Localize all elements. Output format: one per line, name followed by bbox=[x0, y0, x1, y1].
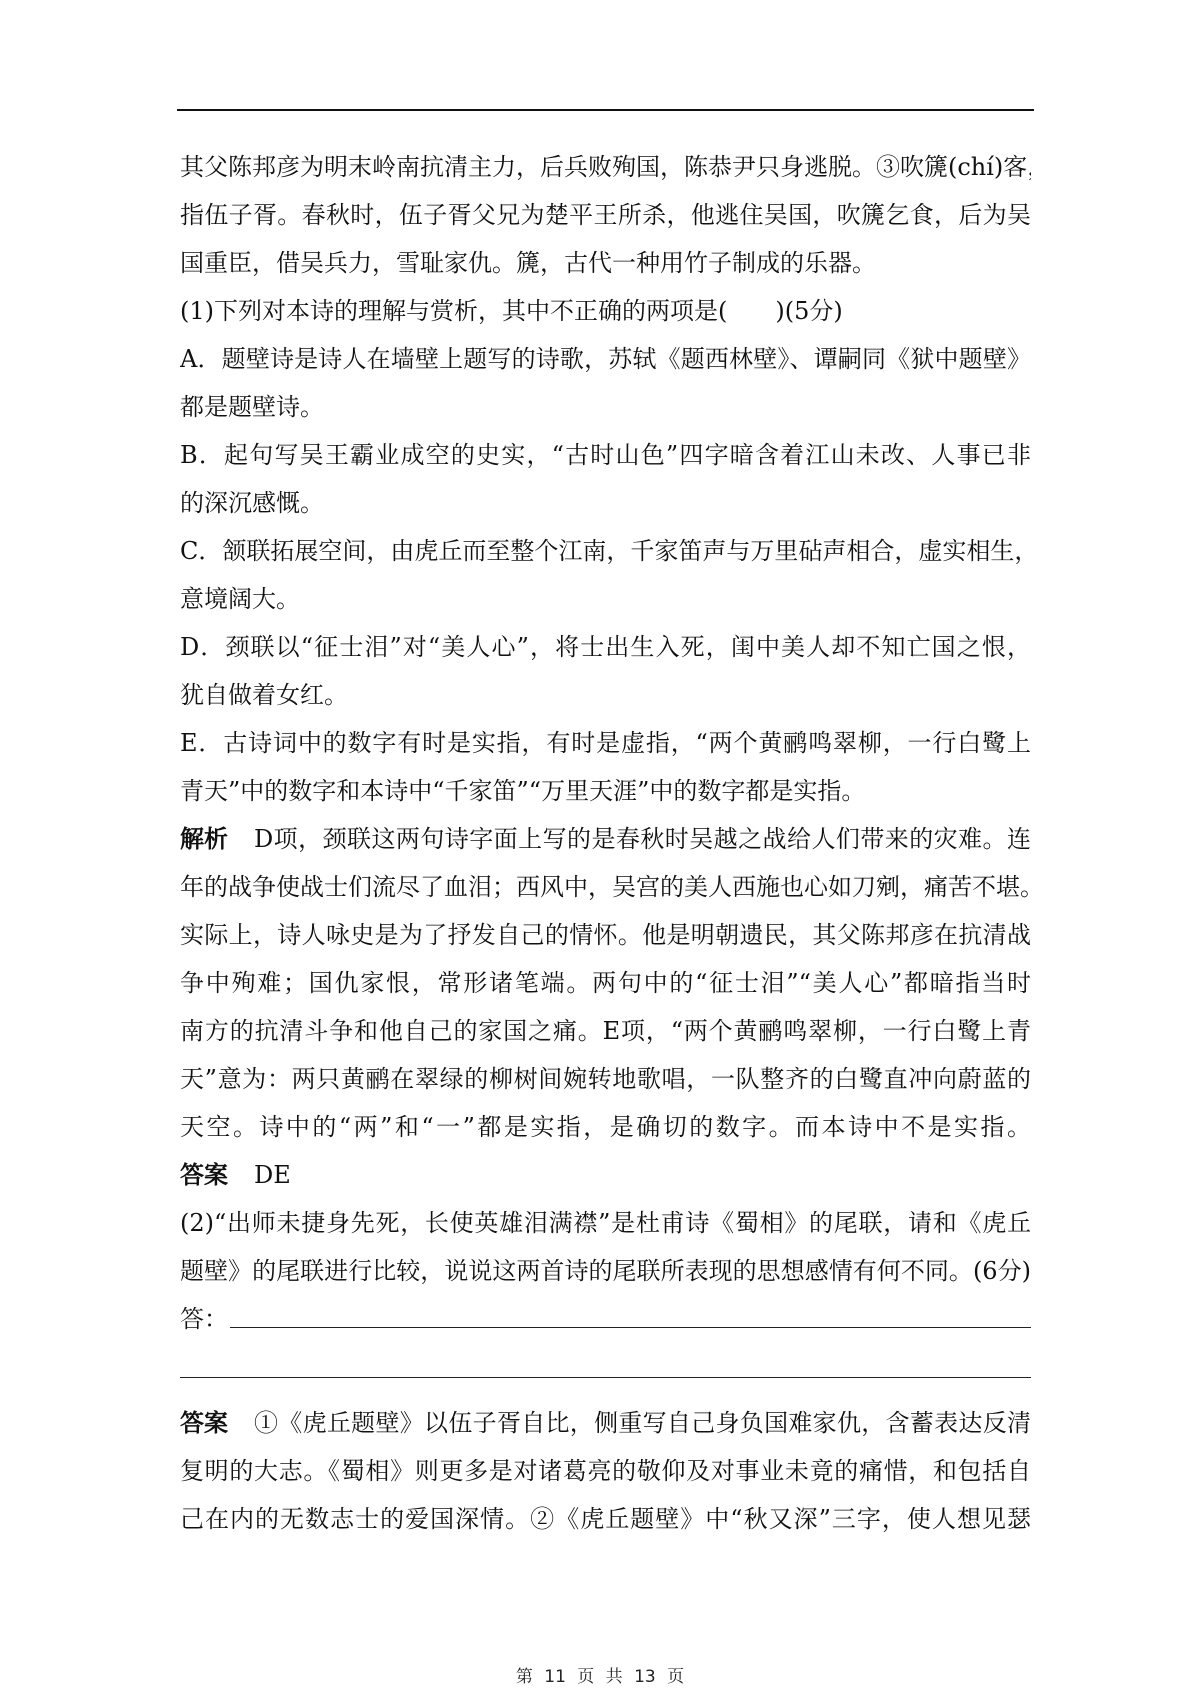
option-line: 意境阔大。 bbox=[180, 575, 300, 623]
analysis-line: 天空。诗中的“两”和“一”都是实指，是确切的数字。而本诗中不是实指。 bbox=[180, 1103, 1031, 1151]
answer-line: ①《虎丘题壁》以伍子胥自比，侧重写自己身负国难家仇，含蓄表达反清 bbox=[254, 1399, 1031, 1447]
answer-field[interactable]: 答： bbox=[180, 1295, 1031, 1343]
annotation-line: 国重臣，借吴兵力，雪耻家仇。篪，古代一种用竹子制成的乐器。 bbox=[180, 239, 876, 287]
option-line: C．颔联拓展空间，由虎丘而至整个江南，千家笛声与万里砧声相合，虚实相生， bbox=[180, 527, 1031, 575]
option-line: 犹自做着女红。 bbox=[180, 671, 348, 719]
analysis-line: 南方的抗清斗争和他自己的家国之痛。E项，“两个黄鹂鸣翠柳，一行白鹭上青 bbox=[180, 1007, 1031, 1055]
option-e: E．古诗词中的数字有时是实指，有时是虚指，“两个黄鹂鸣翠柳，一行白鹭上 青天”中… bbox=[180, 719, 1031, 815]
answer-block-2: 答案 ①《虎丘题壁》以伍子胥自比，侧重写自己身负国难家仇，含蓄表达反清 复明的大… bbox=[180, 1399, 1031, 1543]
annotation-line: 指伍子胥。春秋时，伍子胥父兄为楚平王所杀，他逃住吴国，吹篪乞食，后为吴 bbox=[180, 191, 1031, 239]
answer-line: 己在内的无数志士的爱国深情。②《虎丘题壁》中“秋又深”三字，使人想见瑟 bbox=[180, 1495, 1031, 1543]
option-b: B．起句写吴王霸业成空的史实，“古时山色”四字暗含着江山未改、人事已非 的深沉感… bbox=[180, 431, 1031, 527]
answer-value: DE bbox=[254, 1151, 291, 1199]
answer-blank-line-2[interactable] bbox=[180, 1343, 1031, 1391]
option-d: D．颈联以“征士泪”对“美人心”，将士出生入死，闺中美人却不知亡国之恨， 犹自做… bbox=[180, 623, 1031, 719]
question-1-stem: (1)下列对本诗的理解与赏析，其中不正确的两项是( )(5分) bbox=[180, 287, 843, 335]
analysis-line: 年的战争使战士们流尽了血泪；西风中，吴宫的美人西施也心如刀剜，痛苦不堪。 bbox=[180, 863, 1031, 911]
analysis-line: 天”意为：两只黄鹂在翠绿的柳树间婉转地歌唱，一队整齐的白鹭直冲向蔚蓝的 bbox=[180, 1055, 1031, 1103]
question-2-stem-line: (2)“出师未捷身先死，长使英雄泪满襟”是杜甫诗《蜀相》的尾联，请和《虎丘 bbox=[180, 1199, 1031, 1247]
question-1: (1)下列对本诗的理解与赏析，其中不正确的两项是( )(5分) A．题壁诗是诗人… bbox=[180, 287, 1031, 1199]
answer-blank-line[interactable] bbox=[230, 1295, 1031, 1328]
option-line: 都是题壁诗。 bbox=[180, 383, 324, 431]
option-c: C．颔联拓展空间，由虎丘而至整个江南，千家笛声与万里砧声相合，虚实相生， 意境阔… bbox=[180, 527, 1031, 623]
analysis-line: 争中殉难；国仇家恨，常形诸笔端。两句中的“征士泪”“美人心”都暗指当时 bbox=[180, 959, 1031, 1007]
analysis-label: 解析 bbox=[180, 815, 228, 863]
option-line: B．起句写吴王霸业成空的史实，“古时山色”四字暗含着江山未改、人事已非 bbox=[180, 431, 1031, 479]
answer-label: 答案 bbox=[180, 1399, 228, 1447]
analysis-line: 实际上，诗人咏史是为了抒发自己的情怀。他是明朝遗民，其父陈邦彦在抗清战 bbox=[180, 911, 1031, 959]
question-2-stem-line: 题壁》的尾联进行比较，说说这两首诗的尾联所表现的思想感情有何不同。(6分) bbox=[180, 1247, 1031, 1295]
answer-block-1: 答案 DE bbox=[180, 1151, 1031, 1199]
annotation-continued: 其父陈邦彦为明末岭南抗清主力，后兵败殉国，陈恭尹只身逃脱。③吹篪(chí)客， … bbox=[180, 143, 1031, 287]
question-2: (2)“出师未捷身先死，长使英雄泪满襟”是杜甫诗《蜀相》的尾联，请和《虎丘 题壁… bbox=[180, 1199, 1031, 1543]
option-a: A．题壁诗是诗人在墙壁上题写的诗歌，苏轼《题西林壁》、谭嗣同《狱中题壁》 都是题… bbox=[180, 335, 1031, 431]
answer-prompt: 答： bbox=[180, 1295, 228, 1343]
option-line: 的深沉感慨。 bbox=[180, 479, 324, 527]
annotation-line: 其父陈邦彦为明末岭南抗清主力，后兵败殉国，陈恭尹只身逃脱。③吹篪(chí)客， bbox=[180, 143, 1031, 191]
analysis-line: D项，颈联这两句诗字面上写的是春秋时吴越之战给人们带来的灾难。连 bbox=[254, 815, 1031, 863]
option-line: 青天”中的数字和本诗中“千家笛”“万里天涯”中的数字都是实指。 bbox=[180, 767, 865, 815]
option-line: A．题壁诗是诗人在墙壁上题写的诗歌，苏轼《题西林壁》、谭嗣同《狱中题壁》 bbox=[180, 335, 1031, 383]
page-number: 第 11 页 共 13 页 bbox=[0, 1662, 1200, 1687]
option-line: E．古诗词中的数字有时是实指，有时是虚指，“两个黄鹂鸣翠柳，一行白鹭上 bbox=[180, 719, 1031, 767]
analysis-block: 解析 D项，颈联这两句诗字面上写的是春秋时吴越之战给人们带来的灾难。连 年的战争… bbox=[180, 815, 1031, 1151]
answer-label: 答案 bbox=[180, 1151, 228, 1199]
answer-line: 复明的大志。《蜀相》则更多是对诸葛亮的敬仰及对事业未竟的痛惜，和包括自 bbox=[180, 1447, 1031, 1495]
document-page: 其父陈邦彦为明末岭南抗清主力，后兵败殉国，陈恭尹只身逃脱。③吹篪(chí)客， … bbox=[180, 143, 1031, 1543]
header-rule bbox=[177, 109, 1034, 111]
option-line: D．颈联以“征士泪”对“美人心”，将士出生入死，闺中美人却不知亡国之恨， bbox=[180, 623, 1031, 671]
